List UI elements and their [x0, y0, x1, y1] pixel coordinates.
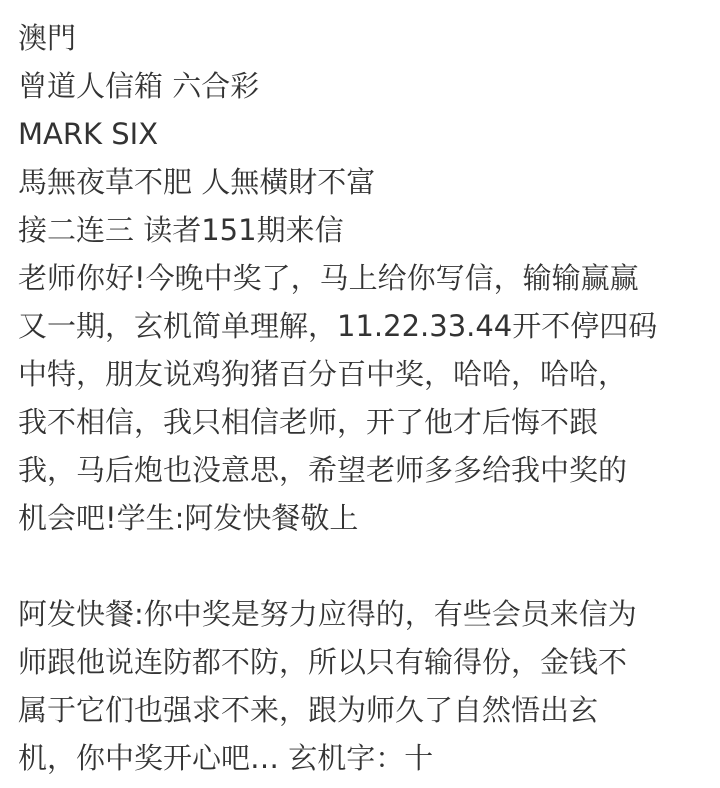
- letter-line: 我，马后炮也没意思，希望老师多多给我中奖的: [18, 446, 708, 494]
- paragraph-spacer: [18, 542, 708, 590]
- reply-line: 师跟他说连防都不防，所以只有输得份，金钱不: [18, 638, 708, 686]
- letter-document: 澳門 曾道人信箱 六合彩 MARK SIX 馬無夜草不肥 人無橫財不富 接二连三…: [18, 14, 708, 782]
- issue-heading: 接二连三 读者151期来信: [18, 206, 708, 254]
- column-title: 曾道人信箱 六合彩: [18, 62, 708, 110]
- letter-line: 又一期，玄机简单理解，11.22.33.44开不停四码: [18, 302, 708, 350]
- letter-line: 中特，朋友说鸡狗猪百分百中奖，哈哈，哈哈，: [18, 350, 708, 398]
- location-title: 澳門: [18, 14, 708, 62]
- english-title: MARK SIX: [18, 110, 708, 158]
- letter-line: 机会吧!学生:阿发快餐敬上: [18, 494, 708, 542]
- letter-line: 老师你好!今晚中奖了，马上给你写信，输输赢赢: [18, 254, 708, 302]
- motto: 馬無夜草不肥 人無橫財不富: [18, 158, 708, 206]
- reply-line: 机，你中奖开心吧… 玄机字：十: [18, 734, 708, 782]
- reply-line: 属于它们也强求不来，跟为师久了自然悟出玄: [18, 686, 708, 734]
- reply-line: 阿发快餐:你中奖是努力应得的，有些会员来信为: [18, 590, 708, 638]
- letter-line: 我不相信，我只相信老师，开了他才后悔不跟: [18, 398, 708, 446]
